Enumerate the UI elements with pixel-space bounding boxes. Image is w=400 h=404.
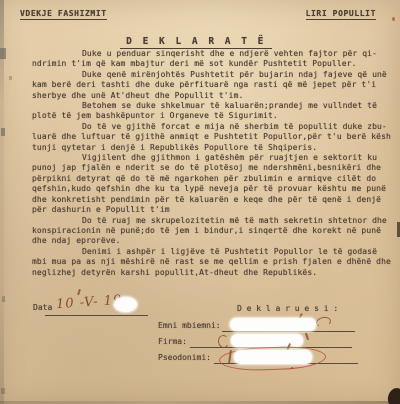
- motto-left: VDEKJE FASHIZMIT: [20, 9, 107, 20]
- body-line: punoj jap fjalën e nderit se do të plotë…: [32, 163, 392, 173]
- body-line: dhe konkretisht pendimin për të kaluarën…: [32, 195, 392, 205]
- body-line: Denimi i ashpër i ligjëve të Pushtetit P…: [32, 247, 392, 257]
- body-line: tunji qytetar i denjë i Republikës Popul…: [32, 143, 392, 153]
- body-line: Do të ve gjithë forcat e mija në sherbim…: [32, 122, 392, 132]
- body-line: luarë dhe luftuar të gjithë anmiqt e Pus…: [32, 132, 392, 142]
- date-fill-line: [45, 314, 148, 316]
- pseudonym-field-label: Pseodonimi:: [158, 353, 211, 362]
- declarant-heading: D e k l a r u e s i :: [237, 304, 338, 313]
- body-line: qefshin,kudo qefshin dhe ku ta lypë neve…: [32, 184, 392, 194]
- date-handwritten-value: 10 -V- 19: [56, 293, 123, 313]
- body-line: për dashurin e Popullit t'im: [32, 205, 392, 215]
- pen-dot: [291, 367, 293, 369]
- paper-speck: [0, 48, 6, 59]
- motto-right: LIRI POPULLIT: [306, 9, 376, 20]
- body-line: Duke qenë mirënjohtës Pushtetit për buja…: [32, 70, 392, 80]
- body-line: dhe ndaj eprorëve.: [32, 236, 392, 246]
- body-line: ndrimin t'im që kam mbajtur deri më sot …: [32, 59, 392, 69]
- name-field-label: Emni mbiemni:: [158, 321, 221, 330]
- body-line: sherbye dhe unë At'dheut dhe Popullit t'…: [32, 91, 392, 101]
- body-line: plotë të jem bashkëpuntor i Organeve të …: [32, 111, 392, 121]
- scan-edge-mark: [397, 222, 400, 237]
- paper-speck: [1, 128, 5, 136]
- pen-stroke: [77, 289, 80, 295]
- paper-speck: [2, 296, 5, 302]
- body-line: Vigjilent dhe gjithmon i gatëshëm për ru…: [32, 153, 392, 163]
- signature-field-label: Firma:: [158, 337, 187, 346]
- paper-speck: [392, 17, 395, 21]
- body-line: përpikni detyrat që do të më ngarkohen p…: [32, 174, 392, 184]
- body-line: konspiracionin në punë;do të jem i bindu…: [32, 226, 392, 236]
- document-title: D E K L A R A T Ë: [0, 36, 392, 47]
- scanned-declaration-document: VDEKJE FASHIZMIT LIRI POPULLIT D E K L A…: [0, 0, 400, 404]
- redaction-blob-date: [114, 297, 137, 312]
- redaction-blob-pseudonym: [234, 350, 312, 364]
- handwriting-remnant: [315, 316, 332, 329]
- redaction-blob-name: [230, 318, 316, 331]
- body-line: Betohem se duke shkelmuar të kaluarën;pr…: [32, 101, 392, 111]
- body-line: mbi mua pa as nji mëshirë në rast se me …: [32, 257, 392, 267]
- document-title-text: D E K L A R A T Ë: [120, 36, 272, 49]
- pen-stroke: [305, 333, 309, 340]
- date-label: Data: [33, 303, 52, 312]
- paper-speck: [1, 388, 5, 394]
- document-body: Duke u penduar sinqerisht dhe e ndjerë v…: [32, 49, 392, 278]
- paper-speck: [9, 76, 12, 80]
- scan-edge-left: [0, 0, 4, 404]
- body-line: Do të ruaj me skrupelozitetin më të math…: [32, 216, 392, 226]
- body-line: neglizhej detyrën karshi popullit,At-dhe…: [32, 268, 392, 278]
- corner-stain: [386, 386, 400, 404]
- body-line: Duke u penduar sinqerisht dhe e ndjerë v…: [32, 49, 392, 59]
- redaction-blob-signature: [231, 334, 303, 347]
- body-line: kam berë deri tashti dhe duke përfituarë…: [32, 80, 392, 90]
